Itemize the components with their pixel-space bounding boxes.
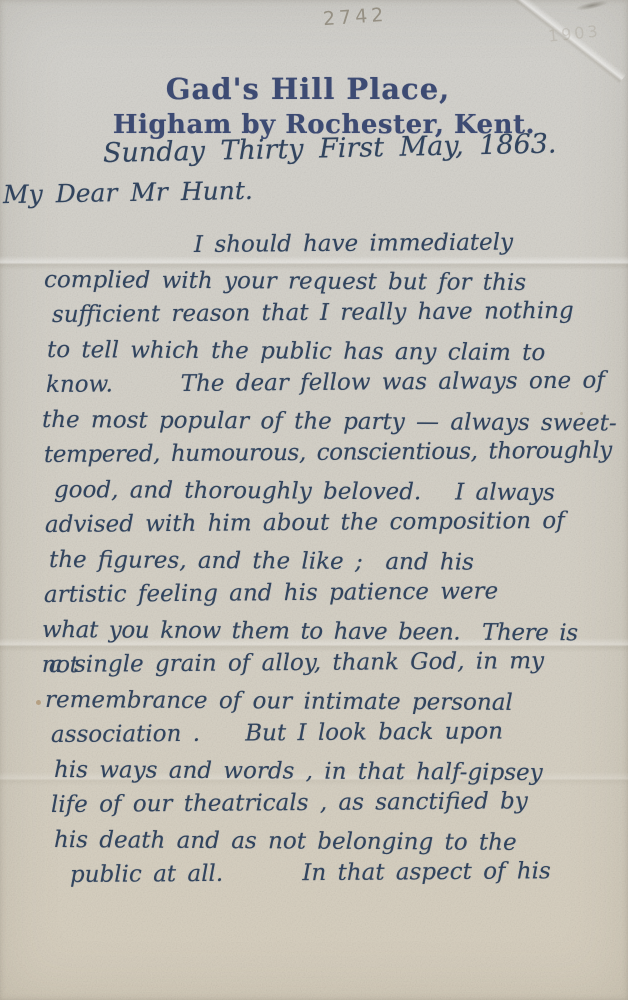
letter-page: 2742 1903 Gad's Hill Place, Higham by Ro… <box>0 0 628 1000</box>
letter-line: association . But I look back upon <box>51 714 618 753</box>
salutation: My Dear Mr Hunt. <box>3 176 253 209</box>
letter-line: sufficient reason that I really have not… <box>52 294 618 333</box>
letter-body: I should have immediately complied with … <box>0 228 628 893</box>
letter-line: life of our theatricals , as sanctified … <box>51 784 618 823</box>
letter-line: advised with him about the composition o… <box>45 504 618 543</box>
date-line: Sunday Thirty First May, 1863. <box>103 129 557 169</box>
letter-line: public at all. In that aspect of his <box>70 854 618 893</box>
faint-pencil-mark: 1903 <box>547 21 601 45</box>
letter-line: I should have immediately <box>194 225 618 263</box>
ink-smudge <box>575 0 610 12</box>
letter-line: artistic feeling and his patience were <box>44 573 618 613</box>
letter-line: tempered, humourous, conscientious, thor… <box>44 433 618 473</box>
letter-line: know. The dear fellow was always one of <box>46 364 618 403</box>
pencil-catalog-number: 2742 <box>322 4 388 30</box>
letterhead-address-line-1: Gad's Hill Place, <box>0 72 622 106</box>
letter-line: a single grain of alloy, thank God, in m… <box>49 644 618 683</box>
